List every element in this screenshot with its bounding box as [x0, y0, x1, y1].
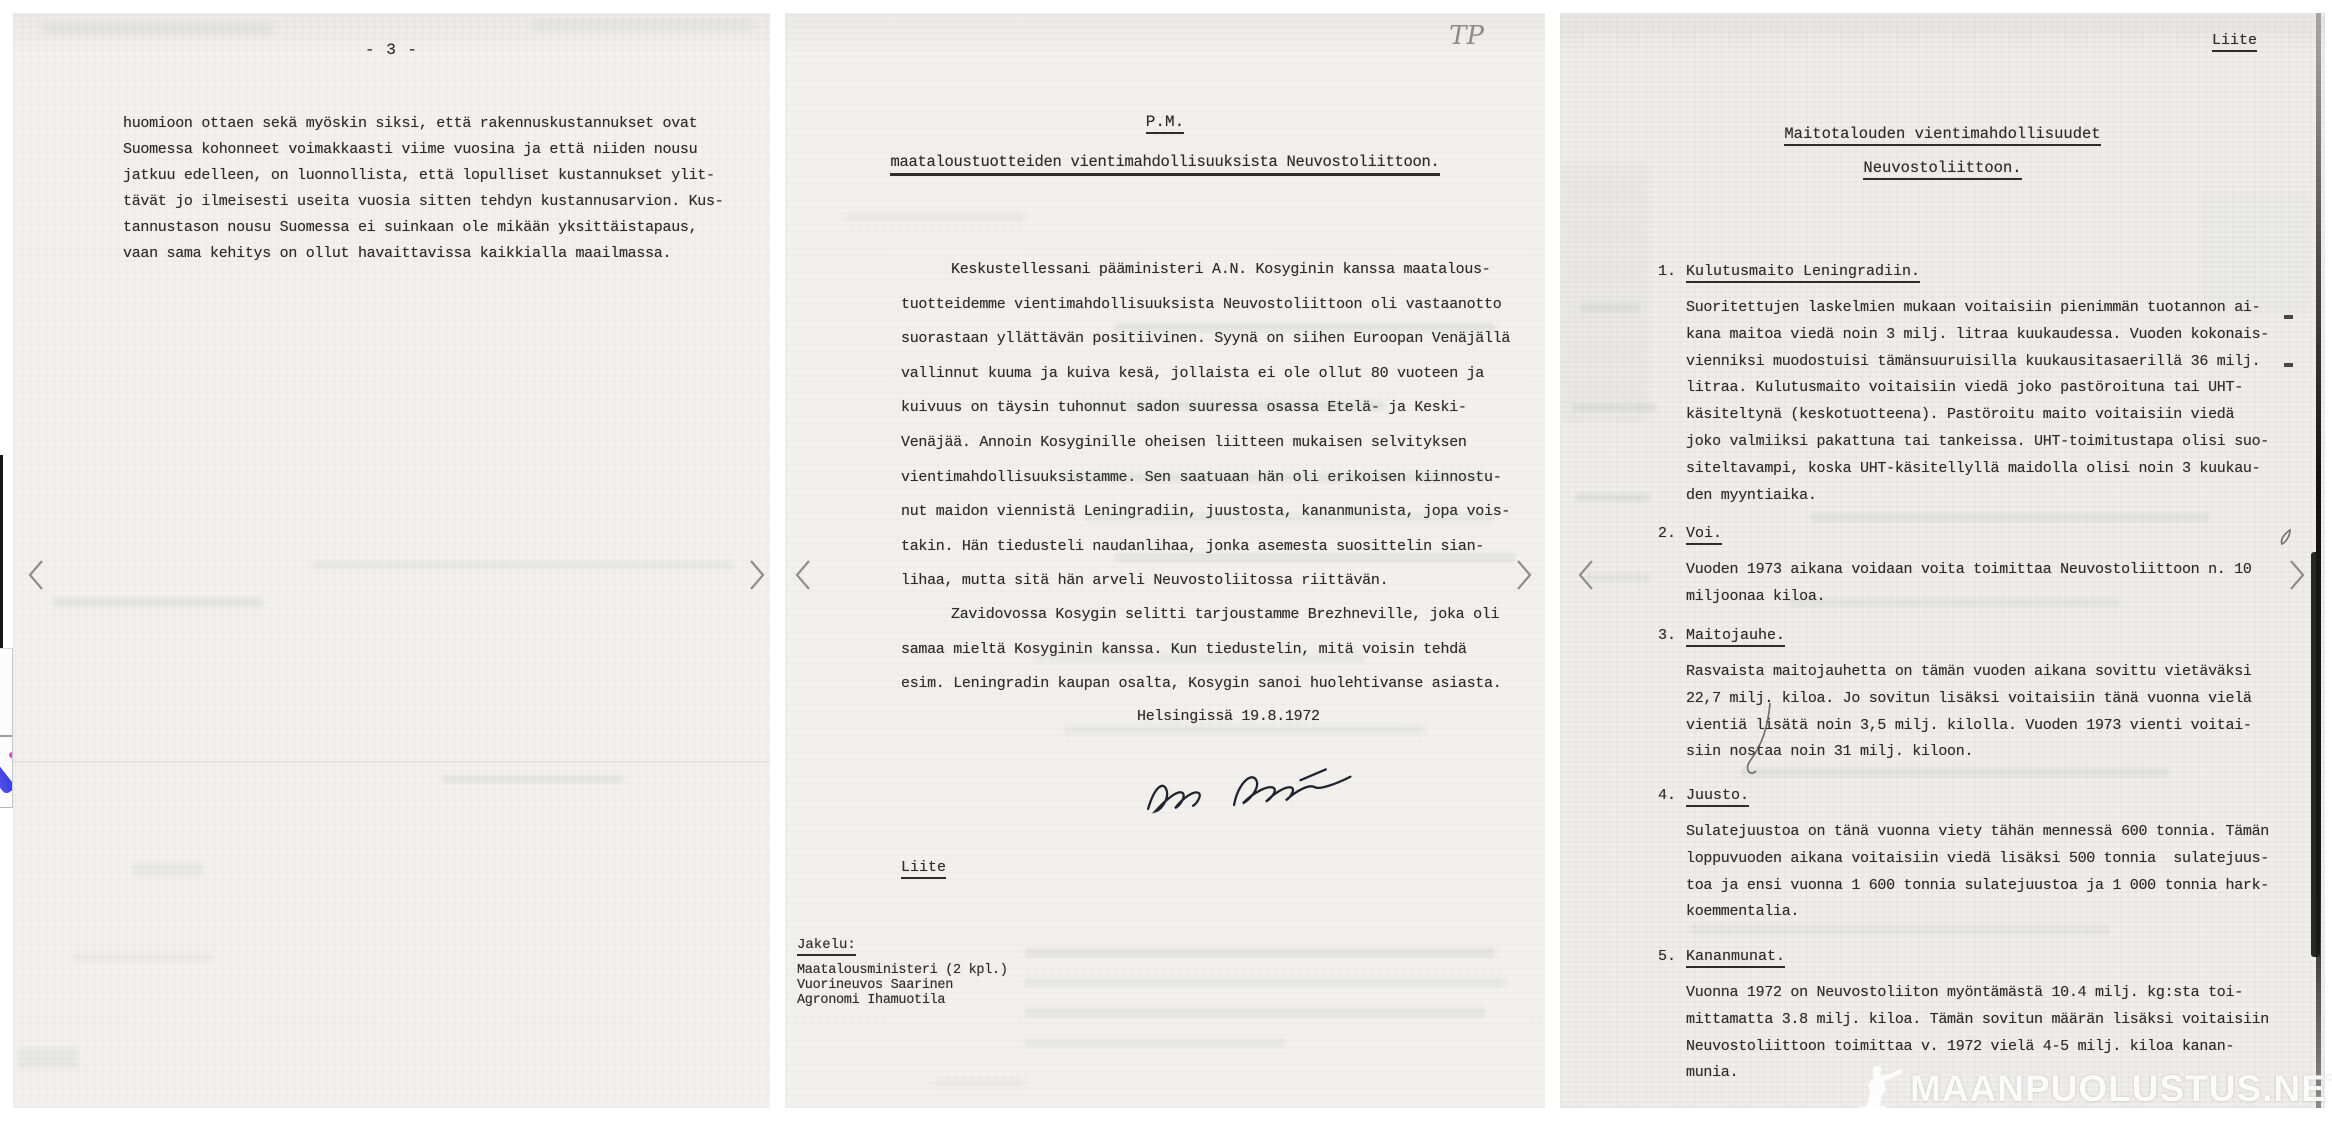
annex-title-line1: Maitotalouden vientimahdollisuudet	[1784, 125, 2100, 146]
document-page-1: - 3 - huomioon ottaen sekä myöskin siksi…	[13, 13, 770, 1108]
page1-prev-button[interactable]	[27, 559, 44, 591]
section-heading: Voi.	[1686, 525, 1722, 545]
annex-title-line2: Neuvostoliittoon.	[1863, 159, 2021, 180]
signature	[1139, 753, 1382, 826]
chevron-left-icon	[1577, 559, 1594, 591]
section-heading: Juusto.	[1686, 787, 1749, 807]
chevron-right-icon	[1516, 559, 1533, 591]
dateline: Helsingissä 19.8.1972	[1137, 708, 1320, 725]
scan-edge-shadow	[2311, 552, 2320, 957]
page2-next-button[interactable]	[1516, 559, 1533, 591]
memo-subtitle: maataloustuotteiden vientimahdollisuuksi…	[890, 153, 1439, 176]
pencil-mark	[2270, 526, 2296, 552]
page1-paragraph: huomioon ottaen sekä myöskin siksi, että…	[123, 111, 755, 266]
section-number: 4.	[1658, 787, 1676, 804]
section-number: 2.	[1658, 525, 1676, 542]
section-body: Suoritettujen laskelmien mukaan voitaisi…	[1686, 295, 2304, 509]
page2-prev-button[interactable]	[794, 559, 811, 591]
toolbar-divider	[0, 735, 12, 737]
pencil-annotation: TP	[1446, 21, 1486, 51]
chevron-right-icon	[2289, 559, 2306, 591]
attachment-label: Liite	[2212, 32, 2257, 52]
document-page-3: Liite Maitotalouden vientimahdollisuudet…	[1560, 13, 2325, 1108]
chevron-left-icon	[27, 559, 44, 591]
memo-paragraph-2: Zavidovossa Kosygin selitti tarjoustamme…	[901, 598, 1519, 702]
distribution-label: Jakelu:	[797, 937, 856, 956]
document-page-2: TP P.M. maataloustuotteiden vientimahdol…	[785, 13, 1545, 1108]
page1-next-button[interactable]	[749, 559, 766, 591]
section-body: Vuoden 1973 aikana voidaan voita toimitt…	[1686, 557, 2304, 611]
memo-title: P.M.	[1146, 113, 1184, 134]
section-heading: Kananmunat.	[1686, 948, 1785, 968]
section-body: Rasvaista maitojauhetta on tämän vuoden …	[1686, 659, 2304, 766]
pen-icon[interactable]	[0, 749, 13, 801]
section-heading: Maitojauhe.	[1686, 627, 1785, 647]
section-number: 5.	[1658, 948, 1676, 965]
section-body: Sulatejuustoa on tänä vuonna viety tähän…	[1686, 819, 2304, 926]
chevron-left-icon	[794, 559, 811, 591]
attachment-label: Liite	[901, 859, 946, 879]
chevron-right-icon	[749, 559, 766, 591]
section-number: 3.	[1658, 627, 1676, 644]
section-body: Vuonna 1972 on Neuvostoliiton myöntämäst…	[1686, 980, 2304, 1087]
edge-divider	[0, 455, 3, 648]
distribution-list: Maatalousministeri (2 kpl.)Vuorineuvos S…	[797, 963, 1008, 1008]
page-number: - 3 -	[13, 41, 770, 59]
page3-prev-button[interactable]	[1577, 559, 1594, 591]
document-viewer: { "watermark": { "text": "MAANPUOLUSTUS.…	[0, 0, 2332, 1124]
section-number: 1.	[1658, 263, 1676, 280]
memo-paragraph-1: Keskustellessani pääministeri A.N. Kosyg…	[901, 253, 1519, 599]
section-heading: Kulutusmaito Leningradiin.	[1686, 263, 1920, 283]
edge-toolbar[interactable]	[0, 648, 13, 808]
page3-next-button[interactable]	[2289, 559, 2306, 591]
